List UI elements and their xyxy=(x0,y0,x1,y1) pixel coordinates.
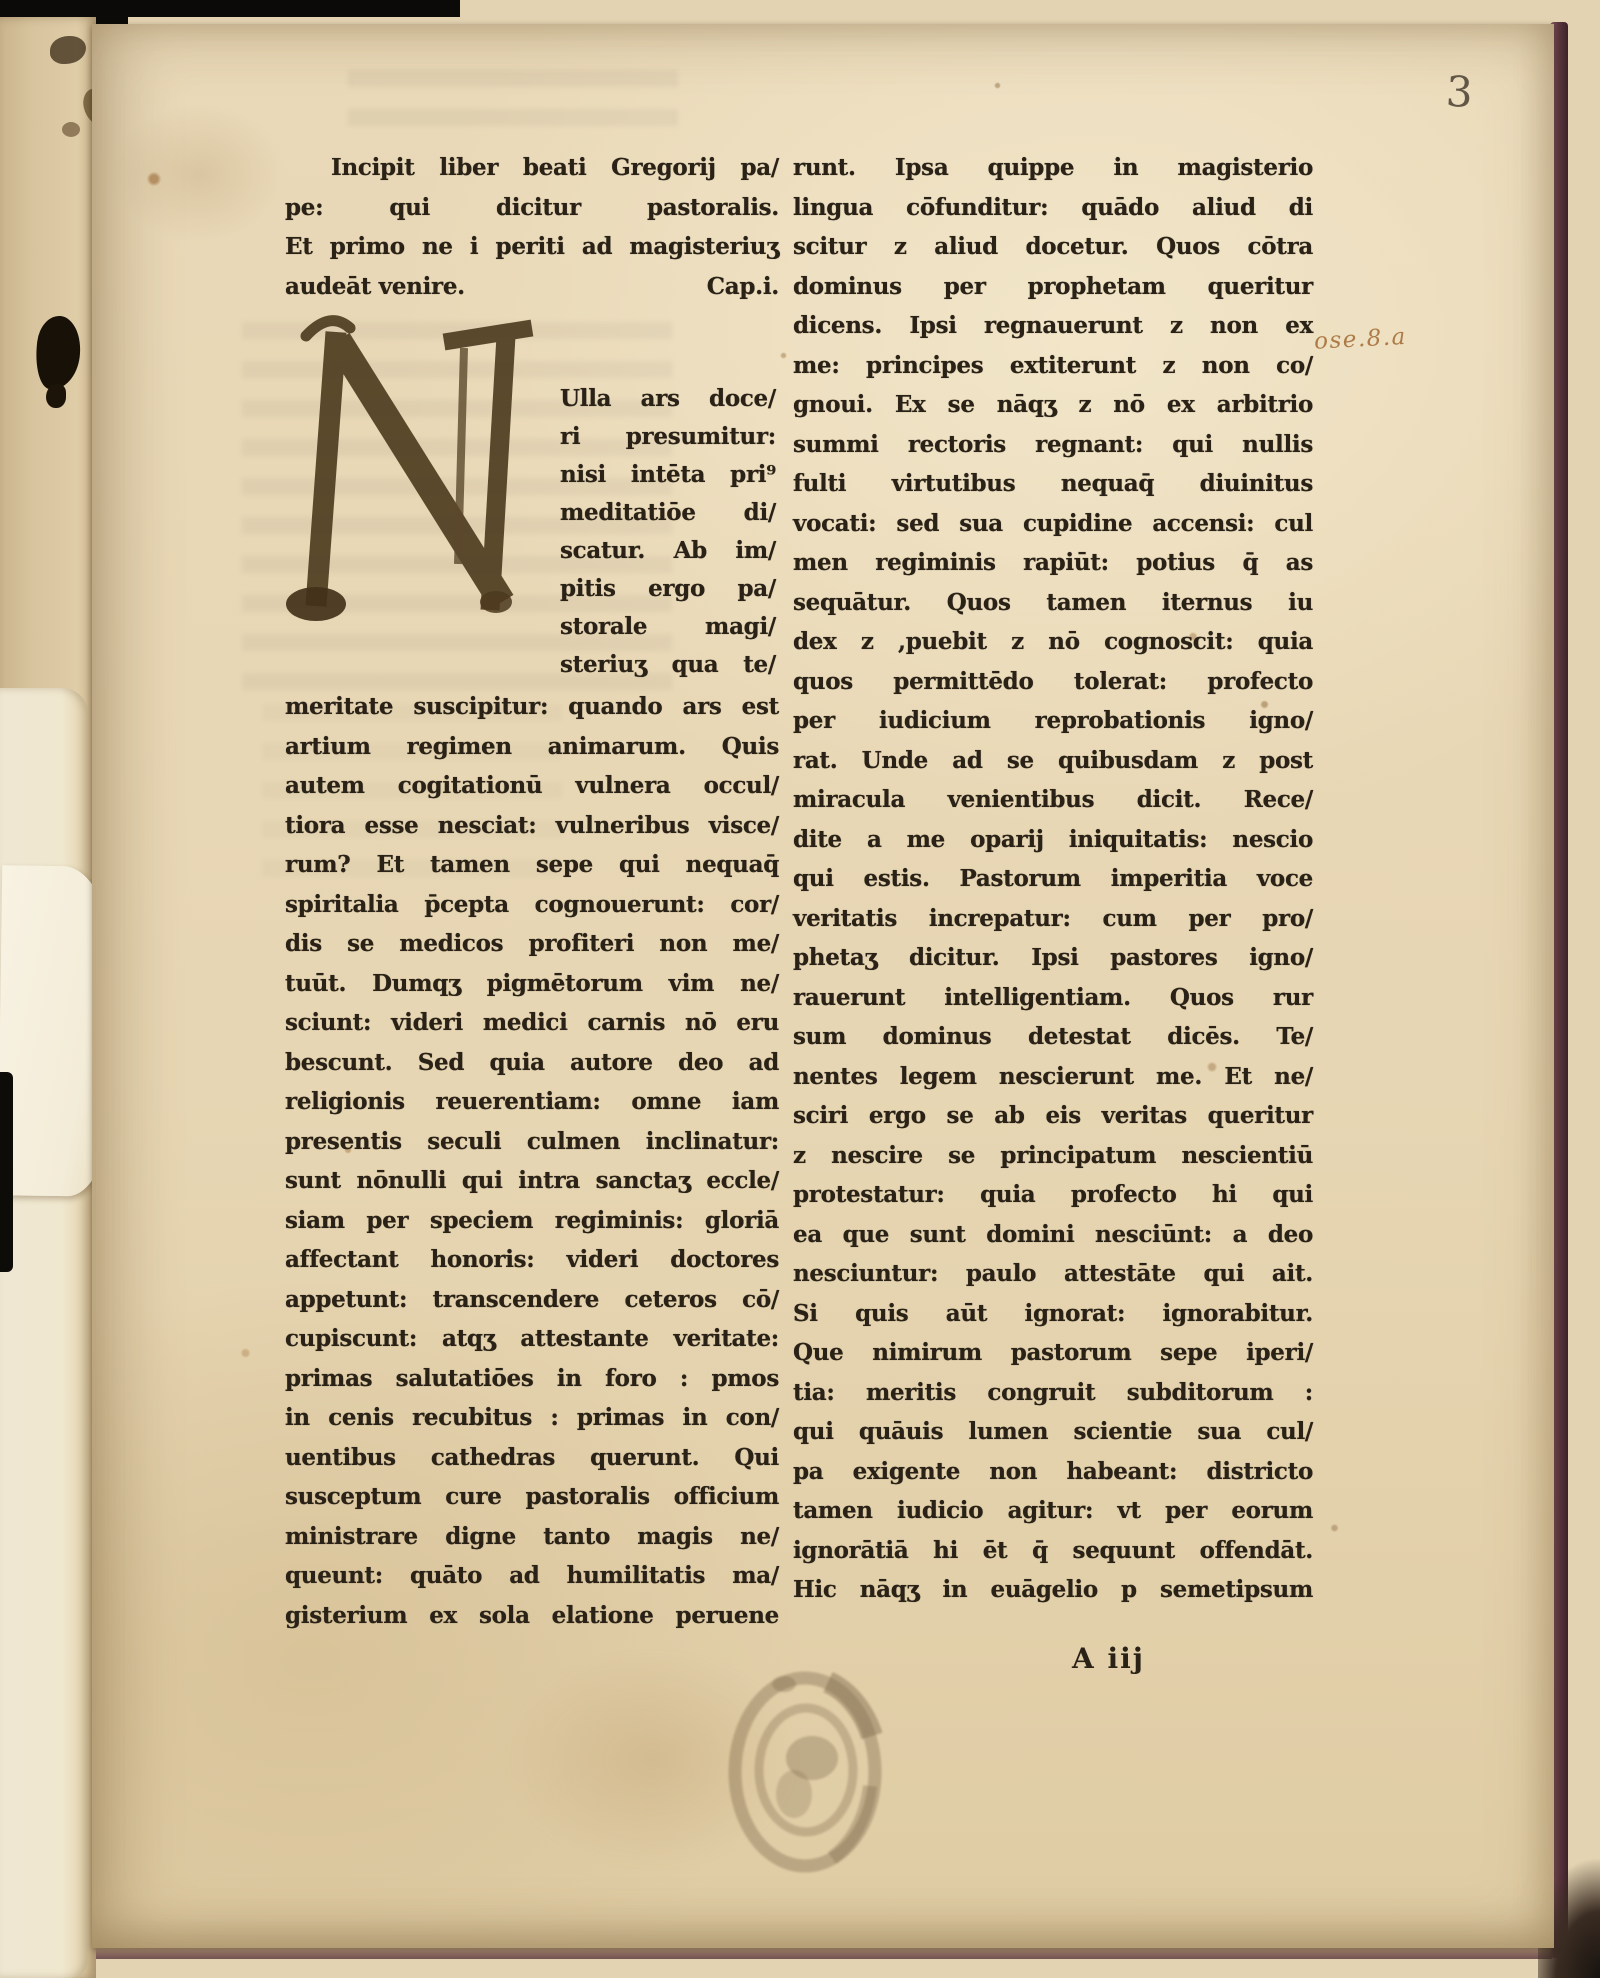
text-line: storale magi/ xyxy=(560,608,776,646)
text-line: qui quāuis lumen scientie sua cul/ xyxy=(793,1412,1313,1452)
text-line: ignorātiā hi ēt q̄ sequunt offendāt. xyxy=(793,1531,1313,1571)
text-line: scitur z aliud docetur. Quos cōtra xyxy=(793,227,1313,267)
text-line: tia: meritis congruit subditorum : xyxy=(793,1373,1313,1413)
ink-blot-small xyxy=(46,384,66,408)
text-line: presentis seculi culmen inclinatur: xyxy=(285,1122,779,1162)
text-line: phetaʒ dicitur. Ipsi pastores igno/ xyxy=(793,938,1313,978)
text-line: nisi intēta pri⁹ xyxy=(560,456,776,494)
text-line: dominus per prophetam queritur xyxy=(793,267,1313,307)
text-line: z nescire se principatum nescientiū xyxy=(793,1136,1313,1176)
text-line: artium regimen animarum. Quis xyxy=(285,727,779,767)
text-line: religionis reuerentiam: omne iam xyxy=(285,1082,779,1122)
signature-mark: A iij xyxy=(1072,1642,1192,1675)
text-line: Si quis aūt ignorat: ignorabitur. xyxy=(793,1294,1313,1334)
text-line: susceptum cure pastoralis officium xyxy=(285,1477,779,1517)
text-line: sciri ergo se ab eis veritas queritur xyxy=(793,1096,1313,1136)
text-line: cupiscunt: atqʒ attestante veritate: xyxy=(285,1319,779,1359)
text-line: siam per speciem regiminis: gloriā xyxy=(285,1201,779,1241)
text-line: sciunt: videri medici carnis nō eru xyxy=(285,1003,779,1043)
text-line: sequātur. Quos tamen iternus iu xyxy=(793,583,1313,623)
text-line: sum dominus detestat dicēs. Te/ xyxy=(793,1017,1313,1057)
text-line: Ulla ars doce/ xyxy=(560,380,776,418)
text-line: ri presumitur: xyxy=(560,418,776,456)
text-line: dite a me oparij iniquitatis: nescio xyxy=(793,820,1313,860)
text-line: quos permittēdo tolerat: profecto xyxy=(793,662,1313,702)
text-line: dex z ,puebit z nō cognoscit: quia xyxy=(793,622,1313,662)
text-line: veritatis increpatur: cum per pro/ xyxy=(793,899,1313,939)
text-line: scatur. Ab im/ xyxy=(560,532,776,570)
text-line: rat. Unde ad se quibusdam z post xyxy=(793,741,1313,781)
text-line: pitis ergo pa/ xyxy=(560,570,776,608)
text-line: meritate suscipitur: quando ars est xyxy=(285,687,779,727)
text-line: bescunt. Sed quia autore deo ad xyxy=(285,1043,779,1083)
text-line: sunt nōnulli qui intra sanctaʒ eccle/ xyxy=(285,1161,779,1201)
right-text-column: runt. Ipsa quippe in magisteriolingua cō… xyxy=(793,148,1313,1610)
text-line: vocati: sed sua cupidine accensi: cul xyxy=(793,504,1313,544)
text-line: gisterium ex sola elatione peruene xyxy=(285,1596,779,1636)
text-line: runt. Ipsa quippe in magisterio xyxy=(793,148,1313,188)
text-line: per iudicium reprobationis igno/ xyxy=(793,701,1313,741)
text-line: protestatur: quia profecto hi qui xyxy=(793,1175,1313,1215)
text-line: steriuʒ qua te/ xyxy=(560,646,776,684)
text-line: primas salutatiōes in foro : pmos xyxy=(285,1359,779,1399)
left-text-column: meritate suscipitur: quando ars estartiu… xyxy=(285,687,779,1635)
page-edge-gap xyxy=(0,1072,13,1272)
heading-line: Incipit liber beati Gregorij pa/ xyxy=(285,148,779,188)
text-line: dis se medicos profiteri non me/ xyxy=(285,924,779,964)
text-line: nentes legem nescierunt me. Et ne/ xyxy=(793,1057,1313,1097)
text-line: affectant honoris: videri doctores xyxy=(285,1240,779,1280)
text-line: me: principes extiterunt z non co/ xyxy=(793,346,1313,386)
show-through-text xyxy=(348,70,678,134)
text-line: appetunt: transcendere ceteros cō/ xyxy=(285,1280,779,1320)
text-line: pa exigente non habeant: districto xyxy=(793,1452,1313,1492)
text-beside-initial: Ulla ars doce/ri presumitur:nisi intēta … xyxy=(560,380,776,684)
text-line: tuūt. Dumqʒ pigmētorum vim ne/ xyxy=(285,964,779,1004)
text-line: Que nimirum pastorum sepe iperi/ xyxy=(793,1333,1313,1373)
text-line: qui estis. Pastorum imperitia voce xyxy=(793,859,1313,899)
text-line: lingua cōfunditur: quādo aliud di xyxy=(793,188,1313,228)
corner-stain xyxy=(62,122,80,137)
text-line: miracula venientibus dicit. Rece/ xyxy=(793,780,1313,820)
text-line: Hic nāqʒ in euāgelio p semetipsum xyxy=(793,1570,1313,1610)
scan-background-top xyxy=(128,0,460,17)
chapter-heading: Incipit liber beati Gregorij pa/pe: qui … xyxy=(285,148,779,306)
text-line: tamen iudicio agitur: vt per eorum xyxy=(793,1491,1313,1531)
text-line: spiritalia p̄cepta cognouerunt: cor/ xyxy=(285,885,779,925)
text-line: rum? Et tamen sepe qui nequaq̄ xyxy=(285,845,779,885)
marginal-annotation: ose.8.a xyxy=(1313,319,1494,354)
woodcut-initial-N xyxy=(278,296,562,652)
text-line: uentibus cathedras querunt. Qui xyxy=(285,1438,779,1478)
text-line: queunt: quāto ad humilitatis ma/ xyxy=(285,1556,779,1596)
library-stamp xyxy=(720,1666,890,1881)
text-line: in cenis recubitus : primas in con/ xyxy=(285,1398,779,1438)
text-line: fulti virtutibus nequaq̄ diuinitus xyxy=(793,464,1313,504)
heading-line: Et primo ne i periti ad magisteriuʒ xyxy=(285,227,779,267)
text-line: ea que sunt domini nesciūnt: a deo xyxy=(793,1215,1313,1255)
text-line: gnoui. Ex se nāqʒ z nō ex arbitrio xyxy=(793,385,1313,425)
text-line: dicens. Ipsi regnauerunt z non ex xyxy=(793,306,1313,346)
text-line: ministrare digne tanto magis ne/ xyxy=(285,1517,779,1557)
text-line: autem cogitationū vulnera occul/ xyxy=(285,766,779,806)
text-line: meditatiōe di/ xyxy=(560,494,776,532)
paper-stain xyxy=(114,104,284,244)
text-line: nesciuntur: paulo attestāte qui ait. xyxy=(793,1254,1313,1294)
heading-line: pe: qui dicitur pastoralis. xyxy=(285,188,779,228)
text-line: rauerunt intelligentiam. Quos rur xyxy=(793,978,1313,1018)
chapter-label: Cap.i. xyxy=(707,267,779,307)
folio-number: 3 xyxy=(1445,67,1497,119)
text-line: summi rectoris regnant: qui nullis xyxy=(793,425,1313,465)
text-line: men regiminis rapiūt: potius q̄ as xyxy=(793,543,1313,583)
scanned-page: 3 Incipit liber beati Gregorij pa/pe: qu… xyxy=(92,24,1554,1948)
text-line: tiora esse nesciat: vulneribus visce/ xyxy=(285,806,779,846)
